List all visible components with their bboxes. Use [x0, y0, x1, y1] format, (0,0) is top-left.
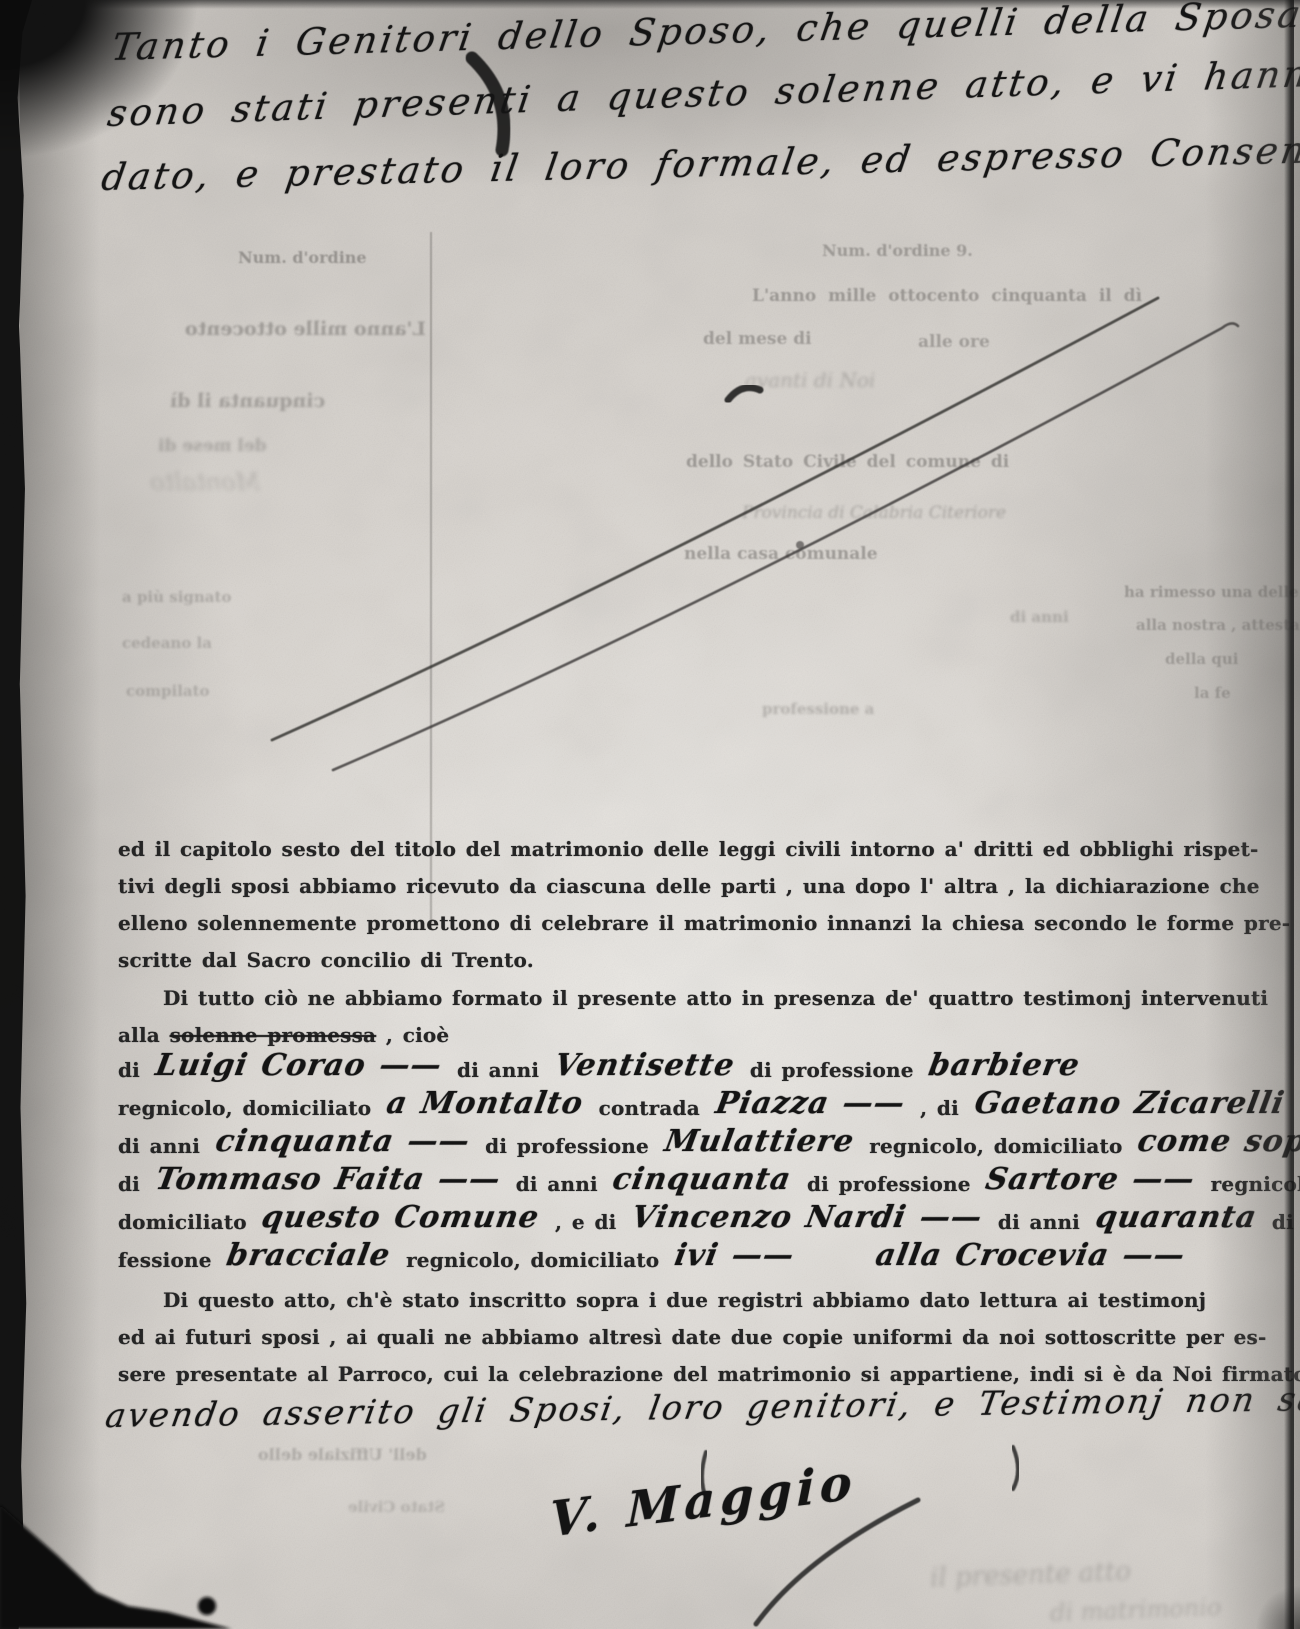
- bleedthrough-left-line: del mese di: [158, 436, 267, 456]
- witness3-age: cinquanta: [604, 1162, 800, 1197]
- bleedthrough-bottom-fragment: Stato Civile: [348, 1498, 445, 1516]
- form-print: di professione: [797, 1172, 980, 1196]
- bleedthrough-left-fragment: a più signato: [122, 588, 231, 606]
- witness4-name: Vincenzo Nardi ——: [623, 1200, 991, 1235]
- bleedthrough-right-fragment: professione a: [762, 700, 874, 718]
- witness-line-3: di anni cinquanta —— di professione Mula…: [118, 1126, 1300, 1161]
- bleedthrough-right-line: del mese di: [703, 329, 812, 349]
- witness3-profession: Sartore ——: [977, 1162, 1204, 1197]
- scan-corner-bottom-right: [1255, 1585, 1300, 1629]
- bleedthrough-right-fragment: di anni: [1010, 608, 1069, 626]
- bleedthrough-right-line: L'anno mille ottocento cinquanta il dì: [752, 286, 1142, 306]
- bleedthrough-left-fragment: compilato: [126, 682, 210, 700]
- witness2-age: cinquanta ——: [207, 1124, 479, 1159]
- bleedthrough-bottom-smudge: di matrimonio: [1050, 1593, 1222, 1627]
- paragraph2-prefix: alla: [118, 1023, 170, 1047]
- witness1-domicile: a Montalto: [378, 1086, 592, 1121]
- form-print: regnicolo, domiciliato: [396, 1248, 669, 1272]
- form-print: di professione: [476, 1134, 659, 1158]
- witness-line-5: domiciliato questo Comune , e di Vincenz…: [118, 1202, 1300, 1237]
- bleedthrough-right-line: nella casa comunale: [684, 544, 878, 564]
- witness4-locality: alla Crocevia ——: [867, 1238, 1194, 1273]
- form-print: fessione: [118, 1248, 221, 1272]
- bleedthrough-right-line: alle ore: [918, 332, 990, 352]
- form-print: di anni: [988, 1210, 1089, 1234]
- bleedthrough-bottom-smudge: il presente atto: [930, 1557, 1132, 1594]
- witness3-domicile: questo Comune: [253, 1200, 548, 1235]
- scan-corner-top-left: [0, 0, 200, 160]
- bleedthrough-left-line: L'anno mille ottocento: [185, 318, 426, 340]
- form-print: , e di: [545, 1210, 626, 1234]
- printed-paragraph3-line2: ed ai futuri sposi , ai quali ne abbiamo…: [118, 1325, 1267, 1349]
- descender-stroke-right: [1013, 1447, 1018, 1489]
- handwritten-consent-line-3: dato, e prestato il loro formale, ed esp…: [99, 127, 1300, 199]
- form-print: di: [118, 1058, 150, 1082]
- witness2-profession: Mulattiere: [656, 1124, 863, 1159]
- form-print: , di: [910, 1096, 968, 1120]
- bleedthrough-bottom-fragment: dell' Uffiziale dello: [258, 1445, 427, 1464]
- document-scan-page: Num. d'ordine L'anno mille ottocento cin…: [0, 0, 1300, 1629]
- form-print: regnicolo, domiciliato: [860, 1134, 1133, 1158]
- long-pen-stroke-upper: [272, 298, 1158, 740]
- bleedthrough-right-line: dello Stato Civile del comune di: [686, 452, 1009, 472]
- paragraph2-suffix: , cioè: [376, 1023, 449, 1047]
- bleedthrough-left-header: Num. d'ordine: [238, 248, 367, 267]
- form-print: domiciliato: [118, 1210, 256, 1234]
- form-print: contrada: [589, 1096, 710, 1120]
- printed-paragraph1-line3: elleno solennemente promettono di celebr…: [118, 911, 1290, 935]
- bleedthrough-left-line: cinquanta il dì: [170, 390, 325, 412]
- scan-shade-left: [20, 0, 100, 1629]
- printed-paragraph2-line2: alla solenne promessa , cioè: [118, 1023, 449, 1047]
- scan-edge-right: [1284, 0, 1294, 1629]
- printed-paragraph1-line2: tivi degli sposi abbiamo ricevuto da cia…: [118, 874, 1260, 898]
- form-print: di anni: [506, 1172, 607, 1196]
- bleedthrough-right-smudge: avanti di Noi: [745, 368, 875, 392]
- witness1-contrada: Piazza ——: [706, 1086, 913, 1121]
- witness4-domicile: ivi ——: [666, 1238, 803, 1273]
- form-print: regnicolo, domiciliato: [118, 1096, 381, 1120]
- witness-line-6: fessione bracciale regnicolo, domiciliat…: [118, 1240, 1191, 1275]
- form-print: di anni: [118, 1134, 210, 1158]
- form-print: di anni: [447, 1058, 548, 1082]
- bleedthrough-right-line: Provincia di Calabria Citeriore: [742, 503, 1006, 523]
- witness3-name: Tommaso Faita ——: [147, 1162, 510, 1197]
- bleedthrough-right-header: Num. d'ordine 9.: [822, 241, 973, 260]
- printed-paragraph2-line1: Di tutto ciò ne abbiamo formato il prese…: [163, 986, 1268, 1010]
- official-signature: V. Maggio: [550, 1454, 858, 1548]
- witness-line-1: di Luigi Corao —— di anni Ventisette di …: [118, 1050, 1086, 1085]
- bleedthrough-left-smudge: Montalto: [150, 468, 260, 496]
- printed-paragraph3-line1: Di questo atto, ch'è stato inscritto sop…: [163, 1288, 1206, 1312]
- printed-paragraph1-line4: scritte dal Sacro concilio di Trento.: [118, 948, 534, 972]
- witness1-profession: barbiere: [920, 1048, 1089, 1083]
- witness1-name: Luigi Corao ——: [147, 1048, 451, 1083]
- form-print: di professione: [740, 1058, 923, 1082]
- form-print: di: [118, 1172, 150, 1196]
- witness-line-2: regnicolo, domiciliato a Montalto contra…: [118, 1088, 1290, 1123]
- witness-line-4: di Tommaso Faita —— di anni cinquanta di…: [118, 1164, 1300, 1199]
- scan-blob-spot: [198, 1597, 216, 1615]
- bleedthrough-left-fragment: cedeano la: [122, 634, 212, 652]
- witness1-age: Ventisette: [546, 1048, 744, 1083]
- witness4-profession: bracciale: [218, 1238, 399, 1273]
- printed-paragraph1-line1: ed il capitolo sesto del titolo del matr…: [118, 837, 1259, 861]
- struck-through-words: solenne promessa: [170, 1023, 377, 1047]
- column-fold-line: [430, 232, 432, 927]
